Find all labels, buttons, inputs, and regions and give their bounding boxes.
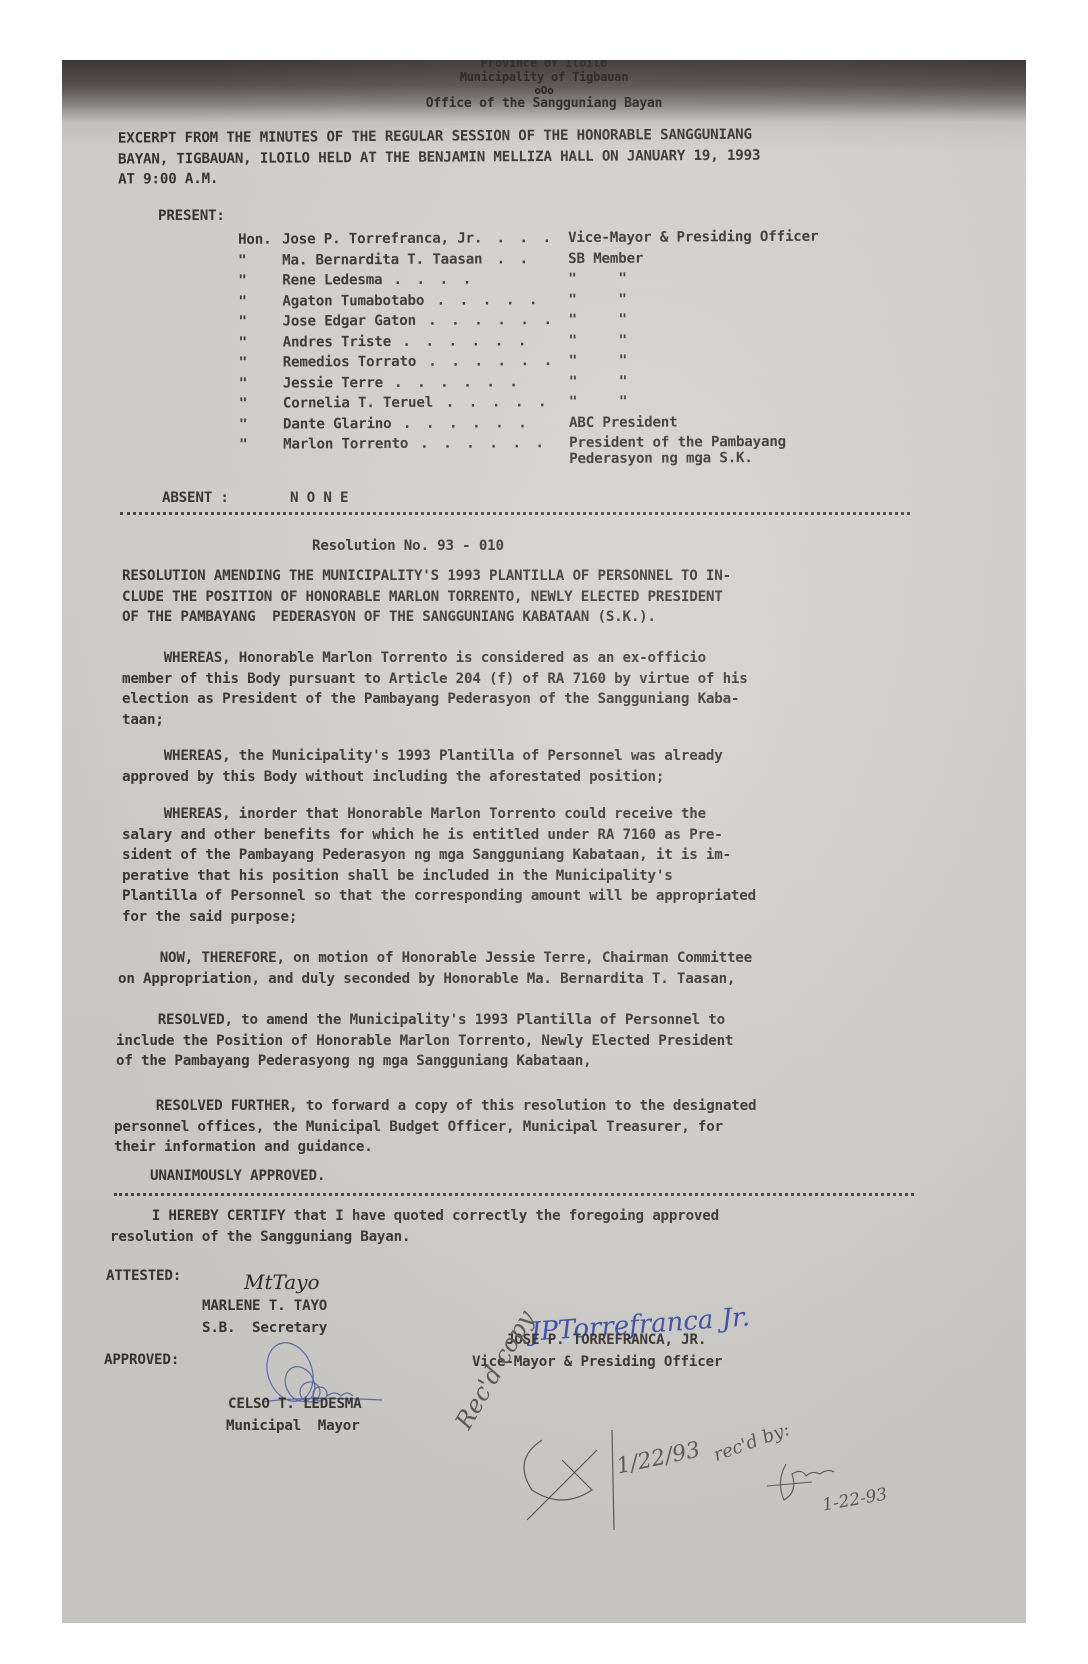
attendee-name: Marlon Torrento bbox=[283, 436, 408, 453]
attendee-leader-dots: . . bbox=[496, 251, 531, 267]
attendee-role: " " bbox=[568, 291, 626, 307]
resolution-number: Resolution No. 93 - 010 bbox=[312, 536, 504, 557]
attendee-leader-dots: . . . . . . bbox=[403, 415, 530, 432]
attendee-role: " " bbox=[568, 312, 626, 328]
present-label: PRESENT: bbox=[158, 206, 225, 227]
attendee-leader-dots: . . . . . . bbox=[428, 353, 555, 370]
attendee-prefix: " bbox=[239, 355, 247, 371]
attendee-leader-dots: . . . bbox=[496, 230, 554, 246]
mayor-title: Municipal Mayor bbox=[226, 1416, 359, 1437]
header-province: Province of Iloilo bbox=[62, 60, 1026, 70]
attendee-prefix: Hon. bbox=[238, 232, 271, 248]
attendee-prefix: " bbox=[238, 273, 246, 289]
document-page: Province of Iloilo Municipality of Tigba… bbox=[62, 60, 1026, 1623]
attendee-prefix: " bbox=[239, 416, 247, 432]
resolved-further-clause: RESOLVED FURTHER, to forward a copy of t… bbox=[114, 1096, 954, 1158]
attendee-prefix: " bbox=[239, 437, 247, 453]
certification-divider bbox=[114, 1193, 914, 1196]
attendance-list: Hon.Jose P. Torrefranca, Jr.. . .Vice-Ma… bbox=[238, 228, 918, 232]
unanimously-approved: UNANIMOUSLY APPROVED. bbox=[150, 1166, 325, 1187]
certification-statement: I HEREBY CERTIFY that I have quoted corr… bbox=[110, 1206, 930, 1247]
attendee-name: Jose Edgar Gaton bbox=[282, 313, 416, 330]
attendee-name: Ma. Bernardita T. Taasan bbox=[282, 251, 482, 268]
whereas-clause-2: WHEREAS, the Municipality's 1993 Plantil… bbox=[122, 746, 912, 787]
attendee-name: Andres Triste bbox=[283, 333, 392, 350]
secretary-name: MARLENE T. TAYO bbox=[202, 1296, 327, 1317]
attendee-leader-dots: . . . . . bbox=[446, 394, 550, 411]
header-municipality: Municipality of Tigbauan bbox=[62, 70, 1026, 84]
attendee-leader-dots: . . . . . . bbox=[420, 435, 547, 452]
attendee-leader-dots: . . . . . . bbox=[428, 312, 555, 329]
attendee-prefix: " bbox=[239, 375, 247, 391]
attendee-prefix: " bbox=[239, 334, 247, 350]
absent-label: ABSENT : bbox=[162, 488, 229, 509]
attendee-name: Jessie Terre bbox=[283, 375, 383, 392]
mayor-name: CELSO T. LEDESMA bbox=[228, 1394, 361, 1415]
approved-label: APPROVED: bbox=[104, 1350, 179, 1371]
attendee-role: Vice-Mayor & Presiding Officer bbox=[568, 229, 818, 246]
attendee-name: Remedios Torrato bbox=[283, 354, 417, 371]
attendee-role: " " bbox=[568, 271, 626, 287]
attendee-role: " " bbox=[569, 373, 627, 389]
attendee-leader-dots: . . . . . . bbox=[394, 374, 521, 391]
vice-mayor-name: JOSE P. TORREFRANCA, JR. bbox=[506, 1330, 706, 1351]
attendee-leader-dots: . . . . bbox=[393, 272, 474, 288]
resolved-clause: RESOLVED, to amend the Municipality's 19… bbox=[116, 1010, 906, 1072]
attendee-role: President of the Pambayang Pederasyon ng… bbox=[569, 434, 786, 467]
excerpt-heading: EXCERPT FROM THE MINUTES OF THE REGULAR … bbox=[118, 123, 958, 190]
absent-value: N O N E bbox=[290, 488, 348, 509]
attendee-prefix: " bbox=[238, 314, 246, 330]
attendee-name: Dante Glarino bbox=[283, 415, 392, 432]
attendee-prefix: " bbox=[238, 252, 246, 268]
attendee-prefix: " bbox=[238, 293, 246, 309]
whereas-clause-3: WHEREAS, inorder that Honorable Marlon T… bbox=[122, 804, 912, 927]
whereas-clause-1: WHEREAS, Honorable Marlon Torrento is co… bbox=[122, 648, 912, 730]
attendee-prefix: " bbox=[239, 396, 247, 412]
now-therefore-clause: NOW, THEREFORE, on motion of Honorable J… bbox=[118, 948, 948, 989]
attendee-role: SB Member bbox=[568, 250, 643, 266]
attendee-leader-dots: . . . . . . bbox=[402, 333, 529, 350]
attendee-name: Agaton Tumabotabo bbox=[282, 292, 424, 309]
handwritten-initials bbox=[502, 1410, 702, 1530]
attendee-name: Jose P. Torrefranca, Jr. bbox=[282, 231, 482, 248]
secretary-signature: MtTayo bbox=[244, 1270, 320, 1294]
attested-label: ATTESTED: bbox=[106, 1266, 181, 1287]
header-office: Office of the Sangguniang Bayan bbox=[62, 96, 1026, 111]
attendee-role: " " bbox=[569, 332, 627, 348]
attendee-leader-dots: . . . . . bbox=[437, 292, 541, 309]
section-divider bbox=[120, 512, 910, 515]
attendee-name: Rene Ledesma bbox=[282, 272, 382, 289]
attendee-role: " " bbox=[569, 394, 627, 410]
attendee-name: Cornelia T. Teruel bbox=[283, 395, 433, 412]
resolution-title: RESOLUTION AMENDING THE MUNICIPALITY'S 1… bbox=[122, 566, 912, 628]
attendee-role: ABC President bbox=[569, 414, 678, 431]
attendee-role: " " bbox=[569, 353, 627, 369]
